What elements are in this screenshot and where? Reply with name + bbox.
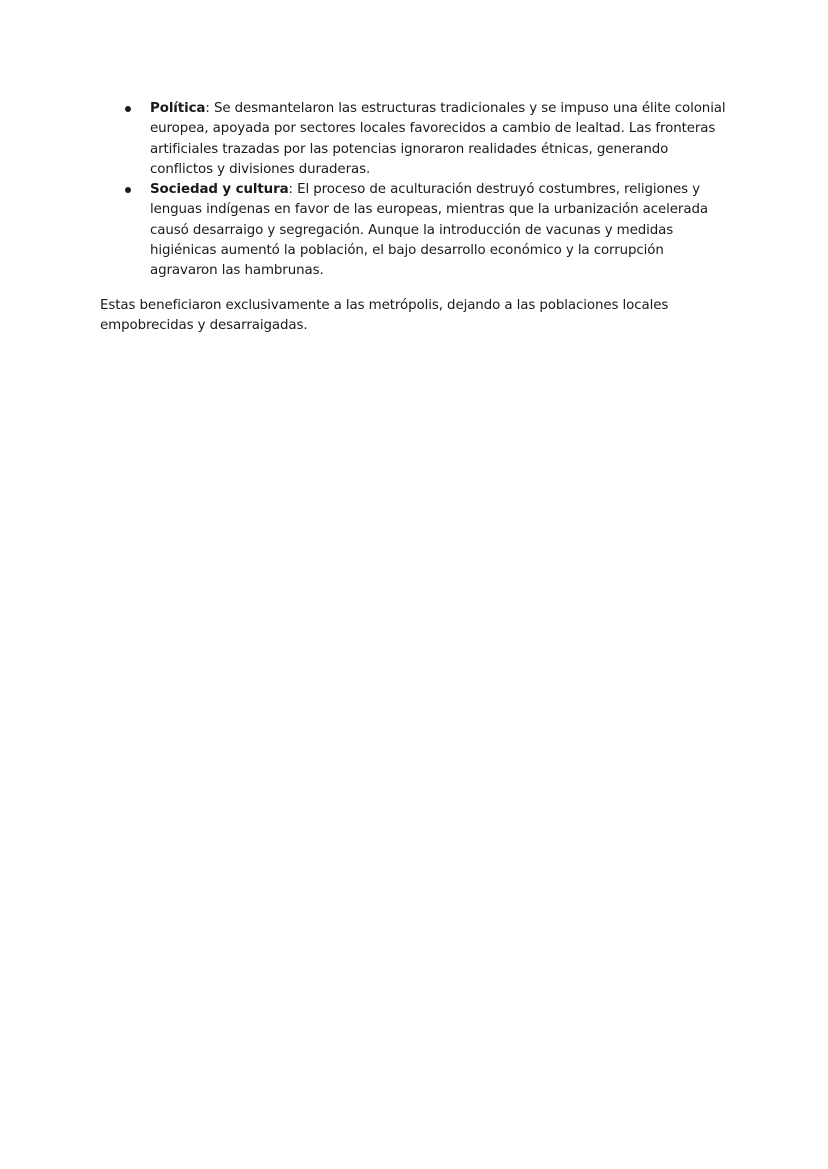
bullet-list: Política: Se desmantelaron las estructur… [150, 99, 730, 282]
bullet-item-politica: Política: Se desmantelaron las estructur… [150, 99, 730, 180]
bullet-dot-icon [125, 106, 131, 112]
closing-paragraph: Estas beneficiaron exclusivamente a las … [100, 296, 720, 337]
bullet-item-sociedad-cultura: Sociedad y cultura: El proceso de acultu… [150, 180, 730, 281]
document-page: Política: Se desmantelaron las estructur… [0, 0, 828, 1169]
bullet-text: Se desmantelaron las estructuras tradici… [150, 101, 726, 177]
bullet-term: Política [150, 101, 205, 116]
bullet-dot-icon [125, 187, 131, 193]
bullet-term: Sociedad y cultura [150, 182, 289, 197]
